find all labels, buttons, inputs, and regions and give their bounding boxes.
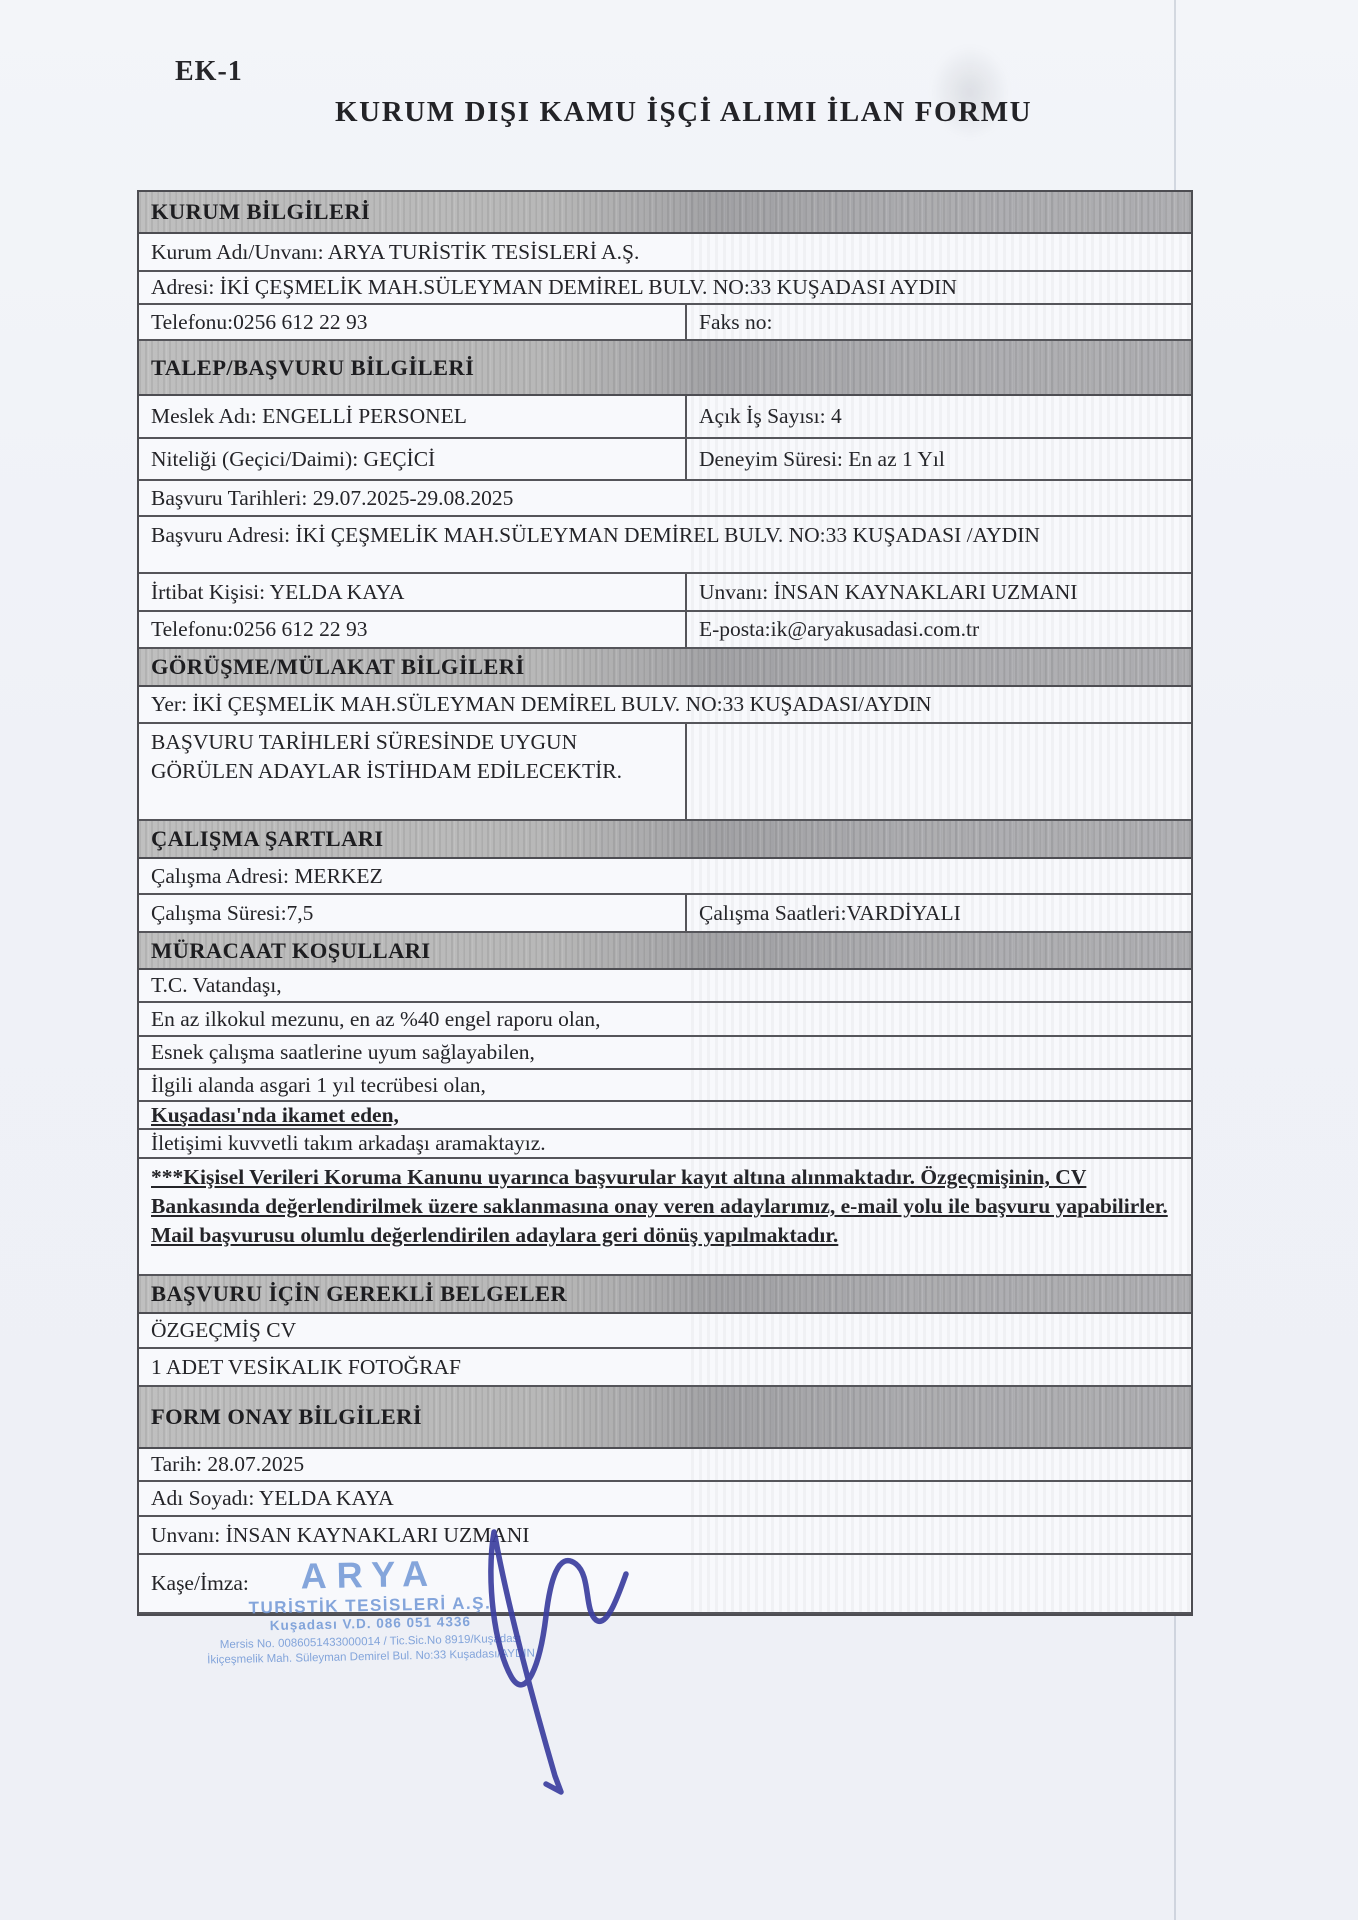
table-row: Meslek Adı: ENGELLİ PERSONEL Açık İş Say… [139,396,1191,439]
table-row: Kurum Adı/Unvanı: ARYA TURİSTİK TESİSLER… [139,234,1191,272]
table-row: Adresi: İKİ ÇEŞMELİK MAH.SÜLEYMAN DEMİRE… [139,272,1191,305]
section-header-form-onay: FORM ONAY BİLGİLERİ [139,1387,1191,1449]
section-header-gorusme-mulakat: GÖRÜŞME/MÜLAKAT BİLGİLERİ [139,649,1191,687]
irtibat-telefon-cell: Telefonu:0256 612 22 93 [139,612,685,647]
irtibat-kisisi-cell: İrtibat Kişisi: YELDA KAYA [139,574,685,610]
basvuru-adresi-cell: Başvuru Adresi: İKİ ÇEŞMELİK MAH.SÜLEYMA… [139,517,1191,572]
gorusme-yer-cell: Yer: İKİ ÇEŞMELİK MAH.SÜLEYMAN DEMİREL B… [139,687,1191,722]
section-header-gerekli-belgeler: BAŞVURU İÇİN GEREKLİ BELGELER [139,1276,1191,1314]
stamp-address: İkiçeşmelik Mah. Süleyman Demirel Bul. N… [151,1645,591,1669]
acik-is-sayisi-cell: Açık İş Sayısı: 4 [685,396,1191,437]
belge-fotograf-cell: 1 ADET VESİKALIK FOTOĞRAF [139,1349,1191,1385]
table-row: Çalışma Süresi:7,5 Çalışma Saatleri:VARD… [139,895,1191,933]
kurum-telefon-cell: Telefonu:0256 612 22 93 [139,305,685,339]
section-header-talep-basvuru: TALEP/BAŞVURU BİLGİLERİ [139,341,1191,396]
stamp-mersis-no: Mersis No. 0086051433000014 / Tic.Sic.No… [151,1631,591,1655]
table-row: T.C. Vatandaşı, [139,970,1191,1003]
form-table: KURUM BİLGİLERİ Kurum Adı/Unvanı: ARYA T… [137,190,1193,1616]
kosul-cell: T.C. Vatandaşı, [139,970,1191,1001]
calisma-saatleri-cell: Çalışma Saatleri:VARDİYALI [685,895,1191,931]
kosul-ikamet-cell: Kuşadası'nda ikamet eden, [139,1102,1191,1128]
kosul-cell: İlgili alanda asgari 1 yıl tecrübesi ola… [139,1070,1191,1100]
table-row: İlgili alanda asgari 1 yıl tecrübesi ola… [139,1070,1191,1102]
kosul-cell: İletişimi kuvvetli takım arkadaşı aramak… [139,1130,1191,1157]
table-row: ***Kişisel Verileri Koruma Kanunu uyarın… [139,1159,1191,1276]
irtibat-unvan-cell: Unvanı: İNSAN KAYNAKLARI UZMANI [685,574,1191,610]
table-row: Başvuru Adresi: İKİ ÇEŞMELİK MAH.SÜLEYMA… [139,517,1191,574]
section-header-kurum-bilgileri: KURUM BİLGİLERİ [139,192,1191,234]
kurum-adi-cell: Kurum Adı/Unvanı: ARYA TURİSTİK TESİSLER… [139,234,1191,270]
kosul-cell: En az ilkokul mezunu, en az %40 engel ra… [139,1003,1191,1035]
document-tag: EK-1 [175,56,243,88]
kurum-faks-cell: Faks no: [685,305,1191,339]
section-header-muracaat-kosullari: MÜRACAAT KOŞULLARI [139,933,1191,970]
table-row: Tarih: 28.07.2025 [139,1449,1191,1482]
gorusme-bos-cell [685,724,1191,819]
table-row: En az ilkokul mezunu, en az %40 engel ra… [139,1003,1191,1037]
table-row: Kuşadası'nda ikamet eden, [139,1102,1191,1130]
table-row: İletişimi kuvvetli takım arkadaşı aramak… [139,1130,1191,1159]
basvuru-tarihleri-cell: Başvuru Tarihleri: 29.07.2025-29.08.2025 [139,481,1191,515]
onay-tarih-cell: Tarih: 28.07.2025 [139,1449,1191,1480]
niteligi-cell: Niteliği (Geçici/Daimi): GEÇİCİ [139,439,685,479]
table-row: İrtibat Kişisi: YELDA KAYA Unvanı: İNSAN… [139,574,1191,612]
section-header-calisma-sartlari: ÇALIŞMA ŞARTLARI [139,821,1191,859]
kvkk-paragraph-cell: ***Kişisel Verileri Koruma Kanunu uyarın… [139,1159,1191,1274]
table-row: ÖZGEÇMİŞ CV [139,1314,1191,1349]
kase-imza-cell: Kaşe/İmza: [139,1555,1191,1612]
kosul-cell: Esnek çalışma saatlerine uyum sağlayabil… [139,1037,1191,1068]
table-row: Unvanı: İNSAN KAYNAKLARI UZMANI [139,1517,1191,1555]
table-row: 1 ADET VESİKALIK FOTOĞRAF [139,1349,1191,1387]
belge-cv-cell: ÖZGEÇMİŞ CV [139,1314,1191,1347]
table-row: Telefonu:0256 612 22 93 E-posta:ik@aryak… [139,612,1191,649]
table-row: Yer: İKİ ÇEŞMELİK MAH.SÜLEYMAN DEMİREL B… [139,687,1191,724]
table-row: Esnek çalışma saatlerine uyum sağlayabil… [139,1037,1191,1070]
table-row: Başvuru Tarihleri: 29.07.2025-29.08.2025 [139,481,1191,517]
kurum-adres-cell: Adresi: İKİ ÇEŞMELİK MAH.SÜLEYMAN DEMİRE… [139,272,1191,303]
meslek-adi-cell: Meslek Adı: ENGELLİ PERSONEL [139,396,685,437]
eposta-cell: E-posta:ik@aryakusadasi.com.tr [685,612,1191,647]
table-row: BAŞVURU TARİHLERİ SÜRESİNDE UYGUN GÖRÜLE… [139,724,1191,821]
istihdam-notu-cell: BAŞVURU TARİHLERİ SÜRESİNDE UYGUN GÖRÜLE… [139,724,685,819]
calisma-suresi-cell: Çalışma Süresi:7,5 [139,895,685,931]
calisma-adresi-cell: Çalışma Adresi: MERKEZ [139,859,1191,893]
table-row: Çalışma Adresi: MERKEZ [139,859,1191,895]
scanned-document-page: EK-1 KURUM DIŞI KAMU İŞÇİ ALIMI İLAN FOR… [0,0,1358,1920]
table-row: Telefonu:0256 612 22 93 Faks no: [139,305,1191,341]
deneyim-suresi-cell: Deneyim Süresi: En az 1 Yıl [685,439,1191,479]
document-title: KURUM DIŞI KAMU İŞÇİ ALIMI İLAN FORMU [335,96,1032,129]
table-row: Niteliği (Geçici/Daimi): GEÇİCİ Deneyim … [139,439,1191,481]
onay-unvan-cell: Unvanı: İNSAN KAYNAKLARI UZMANI [139,1517,1191,1553]
table-row: Kaşe/İmza: [139,1555,1191,1614]
onay-ad-soyad-cell: Adı Soyadı: YELDA KAYA [139,1482,1191,1515]
table-row: Adı Soyadı: YELDA KAYA [139,1482,1191,1517]
